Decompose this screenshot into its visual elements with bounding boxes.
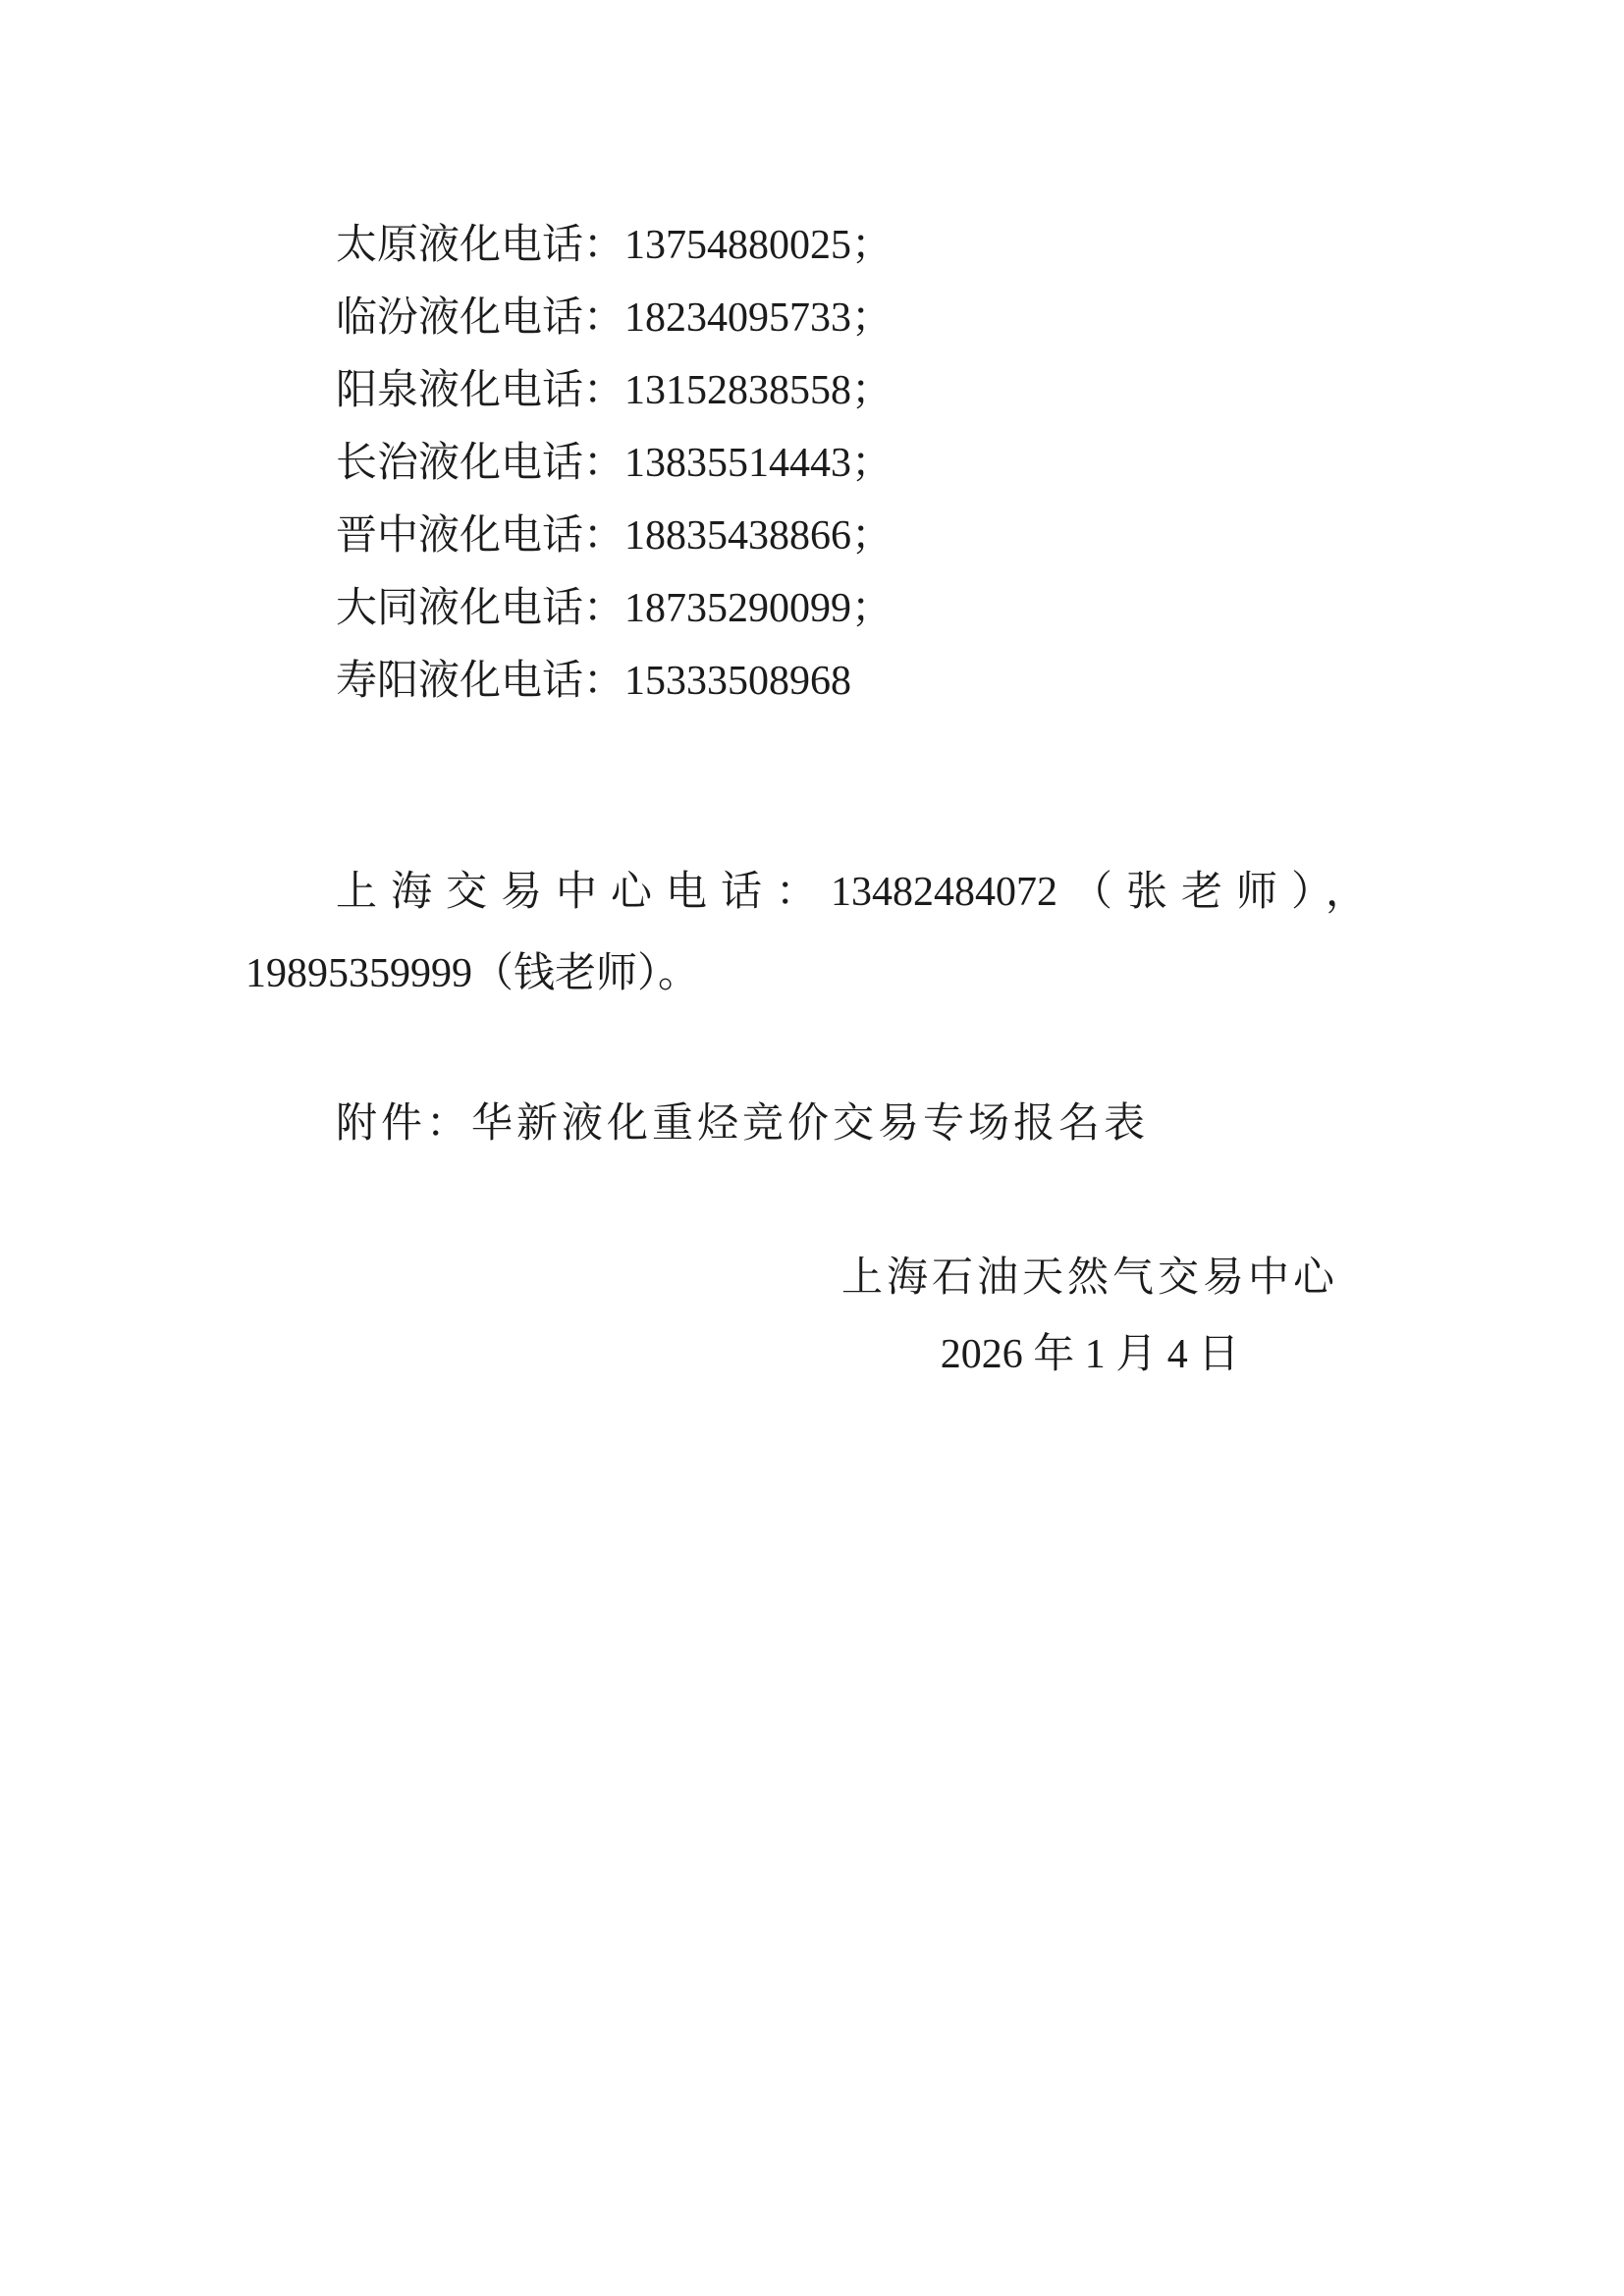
phone-line-shouyang: 寿阳液化电话：15333508968 bbox=[336, 645, 893, 718]
exchange-contact-line-1: 上海交易中心电话：13482484072（张老师）， bbox=[245, 852, 1367, 934]
phone-line-yangquan: 阳泉液化电话：13152838558； bbox=[336, 354, 893, 427]
attachment-note: 附件：华新液化重烃竞价交易专场报名表 bbox=[336, 1088, 1149, 1160]
phone-number-list: 太原液化电话：13754880025； 临汾液化电话：18234095733； … bbox=[336, 209, 893, 718]
signature-organization: 上海石油天然气交易中心 bbox=[805, 1240, 1375, 1316]
document-page: 太原液化电话：13754880025； 临汾液化电话：18234095733； … bbox=[0, 0, 1624, 2296]
signature-block: 上海石油天然气交易中心 2026 年 1 月 4 日 bbox=[805, 1240, 1375, 1393]
phone-line-jinzhong: 晋中液化电话：18835438866； bbox=[336, 500, 893, 572]
phone-line-datong: 大同液化电话：18735290099； bbox=[336, 572, 893, 645]
phone-line-linfen: 临汾液化电话：18234095733； bbox=[336, 282, 893, 354]
exchange-contact-paragraph: 上海交易中心电话：13482484072（张老师）， 19895359999（钱… bbox=[245, 852, 1367, 1015]
signature-date: 2026 年 1 月 4 日 bbox=[805, 1316, 1375, 1393]
exchange-contact-line-2: 19895359999（钱老师）。 bbox=[245, 934, 1367, 1015]
phone-line-changzhi: 长治液化电话：13835514443； bbox=[336, 427, 893, 500]
phone-line-taiyuan: 太原液化电话：13754880025； bbox=[336, 209, 893, 282]
